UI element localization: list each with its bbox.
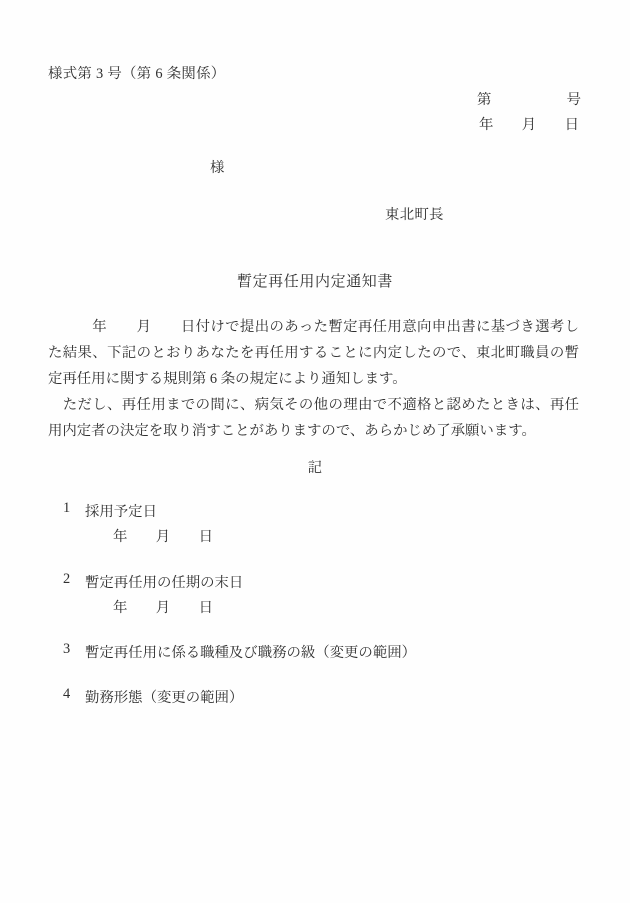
body-paragraph-2: ただし、再任用までの間に、病気その他の理由で不適格と認めたときは、再任用内定者の… xyxy=(48,392,579,444)
issue-date-month-label: 月 xyxy=(522,113,536,134)
item-1-day-label: 日 xyxy=(199,525,213,546)
item-1-month-label: 月 xyxy=(156,525,170,546)
item-2-date-row: 年 月 日 xyxy=(113,596,213,617)
item-4-label: 勤務形態（変更の範囲） xyxy=(85,686,243,707)
item-2-label: 暫定再任用の任期の末日 xyxy=(85,571,243,592)
list-item-3: 3 暫定再任用に係る職種及び職務の級（変更の範囲） xyxy=(63,641,416,662)
item-1-year-label: 年 xyxy=(113,525,127,546)
issue-date-day-label: 日 xyxy=(565,113,579,134)
form-number-label: 様式第 3 号（第 6 条関係） xyxy=(48,62,226,83)
list-item-1: 1 採用予定日 xyxy=(63,500,157,521)
item-2-year-label: 年 xyxy=(113,596,127,617)
sender-name: 東北町長 xyxy=(385,203,444,224)
doc-number-suffix: 号 xyxy=(567,88,581,109)
doc-number-prefix: 第 xyxy=(477,88,491,109)
issue-date-row: 年 月 日 xyxy=(479,113,579,134)
document-page: 様式第 3 号（第 6 条関係） 第 号 年 月 日 様 東北町長 暫定再任用内… xyxy=(0,0,630,903)
list-item-4: 4 勤務形態（変更の範囲） xyxy=(63,686,243,707)
item-3-number: 3 xyxy=(63,641,85,662)
body-text: 年 月 日付けで提出のあった暫定再任用意向申出書に基づき選考した結果、下記のとお… xyxy=(48,314,579,444)
issue-date-year-label: 年 xyxy=(479,113,493,134)
doc-number-row: 第 号 xyxy=(477,88,581,109)
item-3-label: 暫定再任用に係る職種及び職務の級（変更の範囲） xyxy=(85,641,416,662)
item-1-label: 採用予定日 xyxy=(85,500,157,521)
item-1-number: 1 xyxy=(63,500,85,521)
item-2-day-label: 日 xyxy=(199,596,213,617)
item-1-date-row: 年 月 日 xyxy=(113,525,213,546)
addressee-honorific: 様 xyxy=(210,156,225,177)
document-title: 暫定再任用内定通知書 xyxy=(0,270,630,291)
record-marker: 記 xyxy=(0,456,630,477)
item-4-number: 4 xyxy=(63,686,85,707)
item-2-number: 2 xyxy=(63,571,85,592)
list-item-2: 2 暫定再任用の任期の末日 xyxy=(63,571,243,592)
body-paragraph-1: 年 月 日付けで提出のあった暫定再任用意向申出書に基づき選考した結果、下記のとお… xyxy=(48,314,579,392)
item-2-month-label: 月 xyxy=(156,596,170,617)
